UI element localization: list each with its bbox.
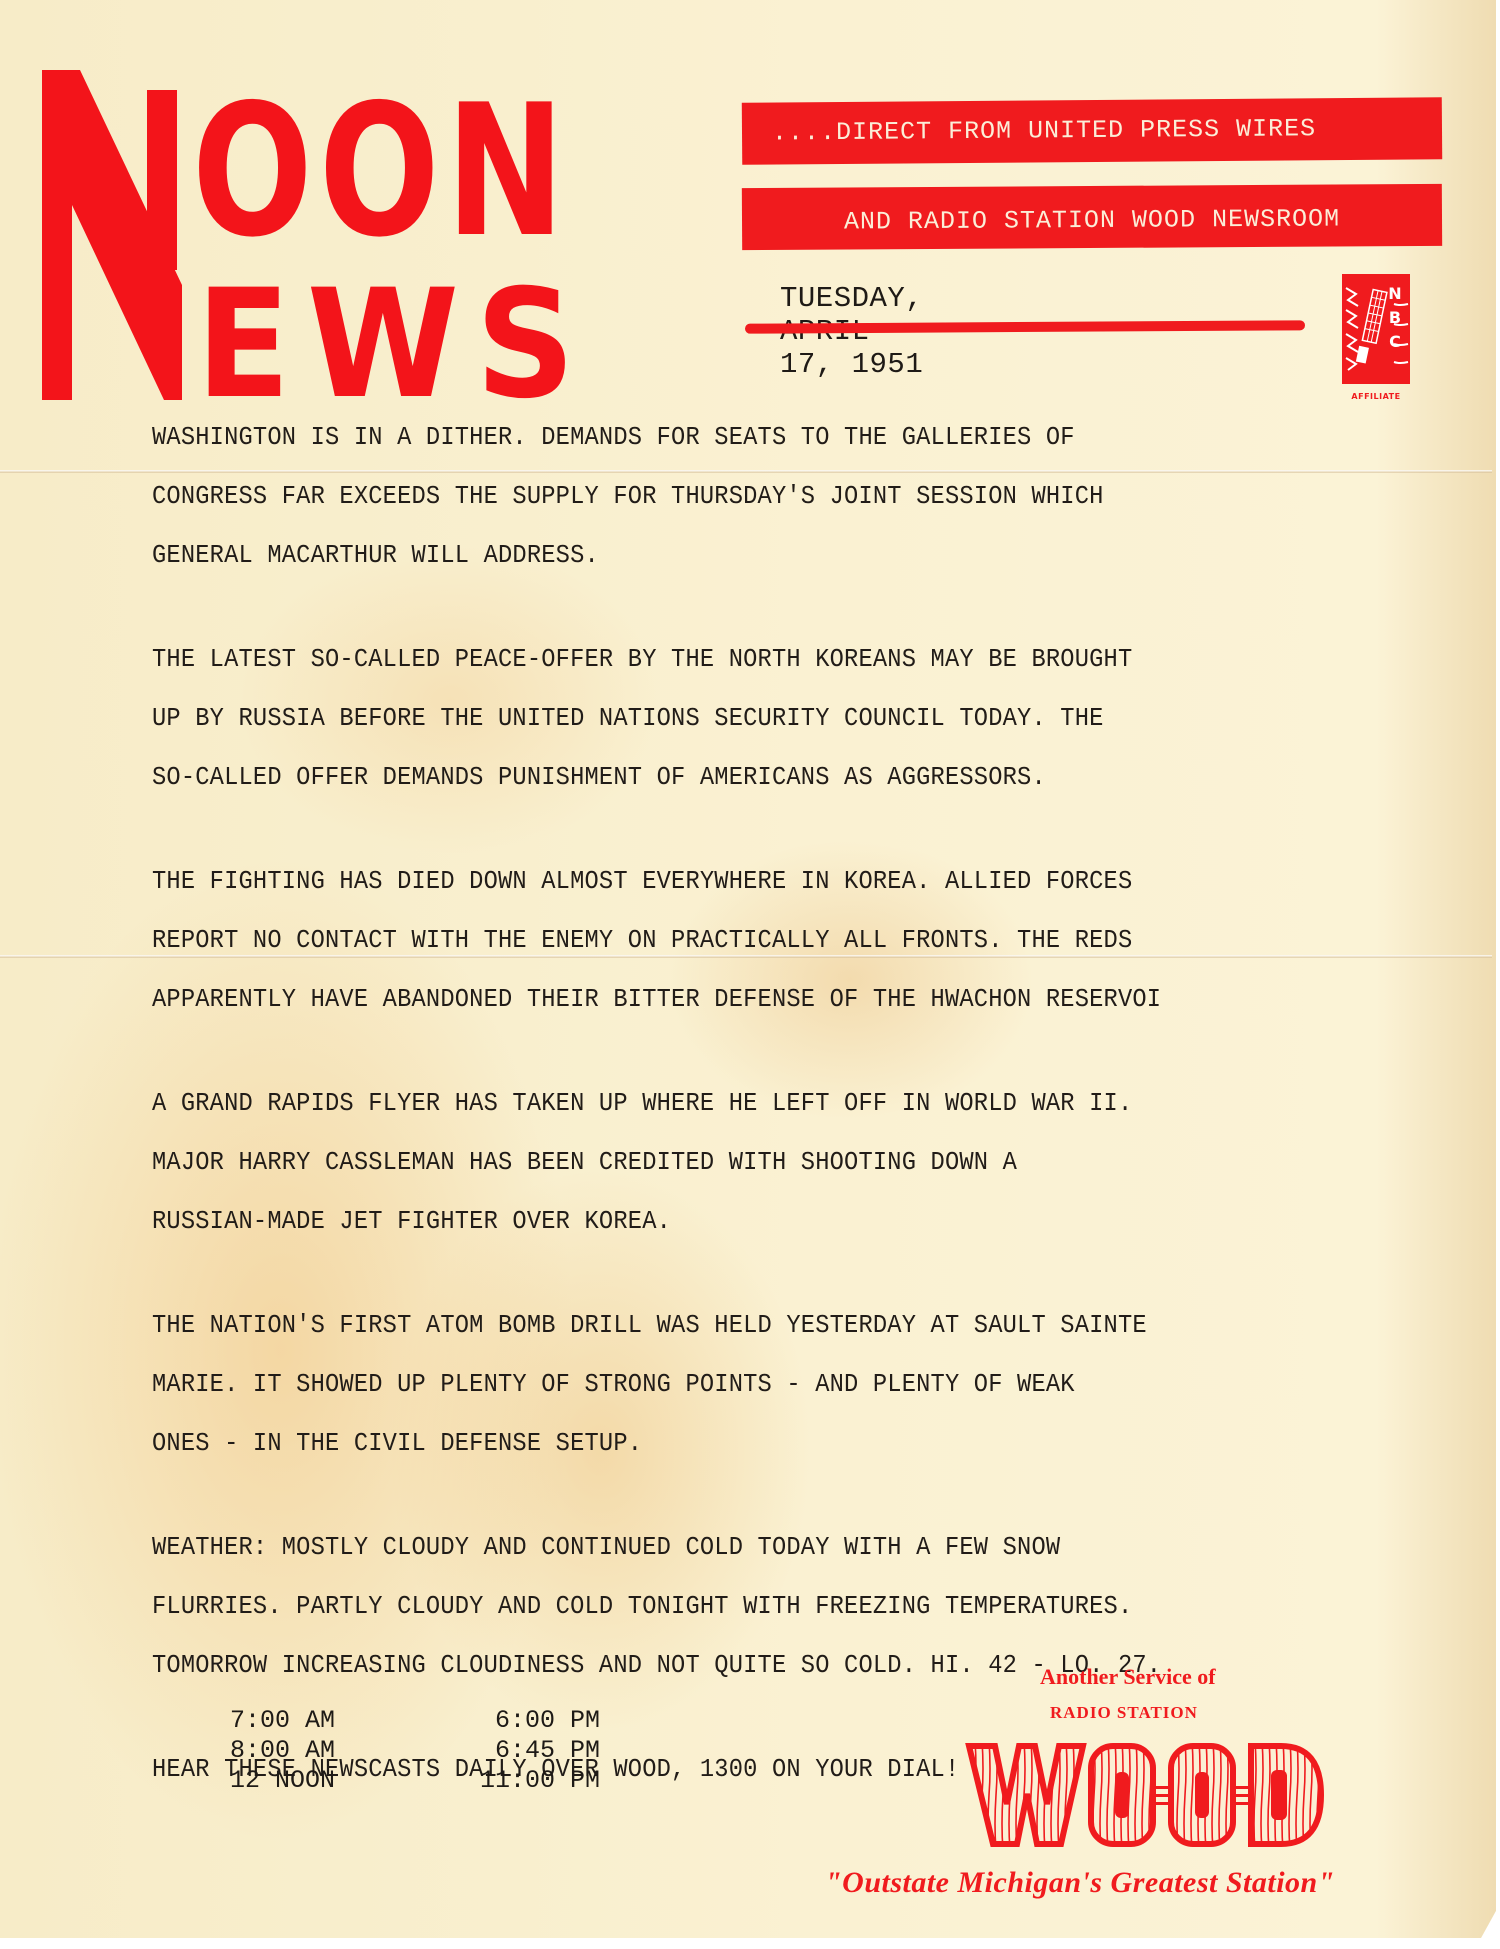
text-line: UP BY RUSSIA BEFORE THE UNITED NATIONS S…: [152, 689, 1315, 748]
schedule-time-pm: 11:00 PM: [430, 1766, 600, 1796]
schedule-row: 8:00 AM 6:45 PM: [230, 1736, 600, 1766]
nbc-letter-b: B: [1386, 306, 1404, 330]
wood-logo: WOOD: [965, 1740, 1325, 1850]
text-line: APPARENTLY HAVE ABANDONED THEIR BITTER D…: [152, 970, 1315, 1029]
schedule-time-am: 8:00 AM: [230, 1736, 430, 1766]
banner-wood-newsroom: AND RADIO STATION WOOD NEWSROOM: [742, 184, 1442, 250]
title-oon: OON: [192, 80, 571, 262]
text-line: GENERAL MACARTHUR WILL ADDRESS.: [152, 526, 1315, 585]
schedule-row: 12 NOON 11:00 PM: [230, 1766, 600, 1796]
text-line: RUSSIAN-MADE JET FIGHTER OVER KOREA.: [152, 1192, 1315, 1251]
text-line: THE LATEST SO-CALLED PEACE-OFFER BY THE …: [152, 630, 1315, 689]
text-line: CONGRESS FAR EXCEEDS THE SUPPLY FOR THUR…: [152, 467, 1315, 526]
station-slogan: "Outstate Michigan's Greatest Station": [825, 1866, 1335, 1900]
news-paragraph-atom-bomb-drill: THE NATION'S FIRST ATOM BOMB DRILL WAS H…: [152, 1296, 1402, 1473]
text-line: MAJOR HARRY CASSLEMAN HAS BEEN CREDITED …: [152, 1133, 1315, 1192]
nbc-letter-c: C: [1386, 330, 1404, 354]
paper-sheet: OON EWS ....DIRECT FROM UNITED PRESS WIR…: [0, 0, 1496, 1938]
text-line: A GRAND RAPIDS FLYER HAS TAKEN UP WHERE …: [152, 1074, 1315, 1133]
news-paragraph-grand-rapids-flyer: A GRAND RAPIDS FLYER HAS TAKEN UP WHERE …: [152, 1074, 1402, 1251]
wood-call-letters: WOOD: [965, 1740, 968, 1741]
news-paragraph-peace-offer: THE LATEST SO-CALLED PEACE-OFFER BY THE …: [152, 630, 1402, 807]
text-line: MARIE. IT SHOWED UP PLENTY OF STRONG POI…: [152, 1355, 1315, 1414]
news-bulletin-body: WASHINGTON IS IN A DITHER. DEMANDS FOR S…: [152, 408, 1402, 1844]
schedule-time-pm: 6:45 PM: [430, 1736, 600, 1766]
nbc-affiliate-label: AFFILIATE: [1330, 392, 1422, 401]
date-underline: [745, 320, 1305, 333]
nbc-letters: N B C: [1386, 282, 1404, 354]
noon-news-big-n-letter: [42, 70, 182, 400]
text-line: THE FIGHTING HAS DIED DOWN ALMOST EVERYW…: [152, 852, 1315, 911]
title-ews: EWS: [196, 270, 592, 420]
text-line: SO-CALLED OFFER DEMANDS PUNISHMENT OF AM…: [152, 748, 1315, 807]
news-paragraph-korea-fighting: THE FIGHTING HAS DIED DOWN ALMOST EVERYW…: [152, 852, 1402, 1029]
text-line: WASHINGTON IS IN A DITHER. DEMANDS FOR S…: [152, 408, 1315, 467]
newscast-schedule: 7:00 AM 6:00 PM 8:00 AM 6:45 PM 12 NOON …: [230, 1706, 600, 1796]
text-line: WEATHER: MOSTLY CLOUDY AND CONTINUED COL…: [152, 1518, 1315, 1577]
schedule-row: 7:00 AM 6:00 PM: [230, 1706, 600, 1736]
schedule-time-pm: 6:00 PM: [430, 1706, 600, 1736]
nbc-letter-n: N: [1386, 282, 1404, 306]
text-line: FLURRIES. PARTLY CLOUDY AND COLD TONIGHT…: [152, 1577, 1315, 1636]
schedule-time-am: 7:00 AM: [230, 1706, 430, 1736]
news-paragraph-macarthur: WASHINGTON IS IN A DITHER. DEMANDS FOR S…: [152, 408, 1402, 585]
text-line: THE NATION'S FIRST ATOM BOMB DRILL WAS H…: [152, 1296, 1315, 1355]
text-line: ONES - IN THE CIVIL DEFENSE SETUP.: [152, 1414, 1315, 1473]
another-service-of: Another Service of: [1040, 1664, 1216, 1690]
nbc-logo: N B C: [1342, 274, 1410, 384]
text-line: REPORT NO CONTACT WITH THE ENEMY ON PRAC…: [152, 911, 1315, 970]
radio-station-label: RADIO STATION: [1050, 1703, 1198, 1723]
banner-united-press: ....DIRECT FROM UNITED PRESS WIRES: [742, 97, 1442, 164]
schedule-time-am: 12 NOON: [230, 1766, 430, 1796]
